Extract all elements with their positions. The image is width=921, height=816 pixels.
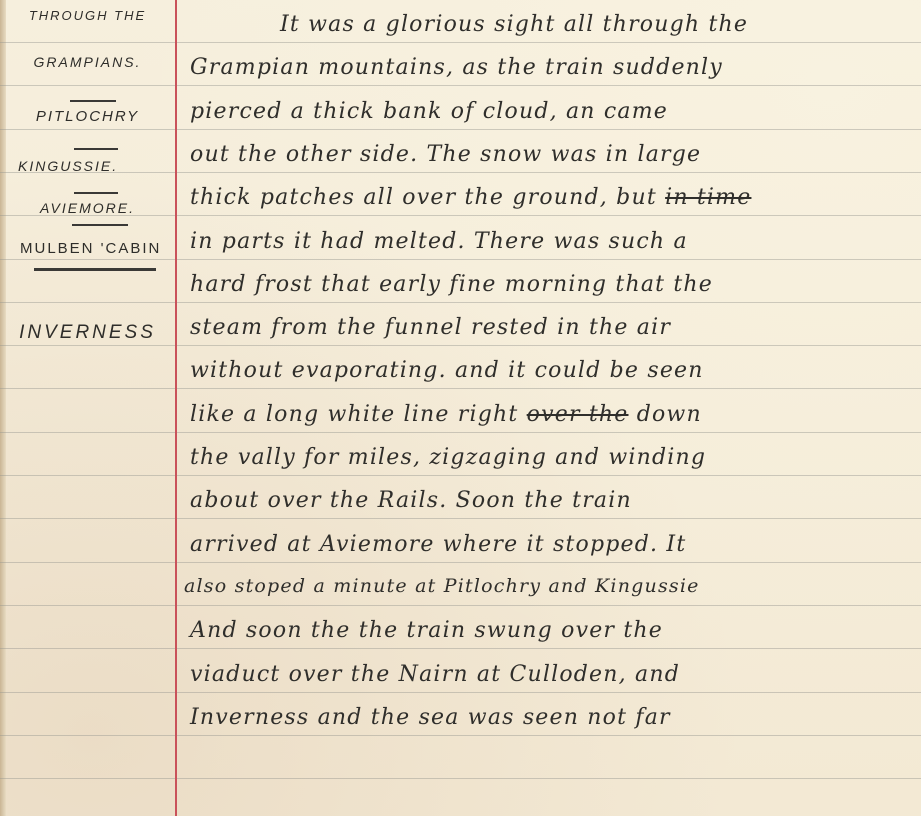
text-line: hard frost that early fine morning that …: [190, 272, 915, 297]
ruled-line: [0, 735, 921, 736]
margin-note-pitlochry: PITLOCHRY: [0, 108, 175, 125]
line-text: hard frost that early fine morning that …: [190, 272, 713, 297]
struck-out-text: in time: [665, 185, 751, 210]
text-line: the vally for miles, zigzaging and windi…: [190, 445, 915, 470]
ruled-line: [0, 778, 921, 779]
ruled-line: [0, 605, 921, 606]
ruled-line: [0, 432, 921, 433]
text-line: thick patches all over the ground, but i…: [190, 185, 915, 210]
ruled-line: [0, 302, 921, 303]
margin-divider: [70, 100, 116, 102]
ruled-line: [0, 562, 921, 563]
ruled-line: [0, 85, 921, 86]
margin-note-inverness: INVERNESS: [0, 322, 175, 344]
ruled-line: [0, 42, 921, 43]
line-text-continued: down: [637, 402, 702, 427]
text-line: out the other side. The snow was in larg…: [190, 142, 915, 167]
ruled-line: [0, 259, 921, 260]
ruled-line: [0, 129, 921, 130]
text-line: viaduct over the Nairn at Culloden, and: [190, 662, 915, 687]
ruled-line: [0, 518, 921, 519]
text-line: Grampian mountains, as the train suddenl…: [190, 55, 915, 80]
red-margin-rule: [175, 0, 177, 816]
line-text: like a long white line right: [190, 402, 518, 427]
text-line: And soon the the train swung over the: [190, 618, 915, 643]
ruled-line: [0, 345, 921, 346]
line-text: without evaporating. and it could be see…: [190, 358, 704, 383]
margin-note-aviemore: AVIEMORE.: [0, 200, 175, 216]
margin-divider: [72, 224, 128, 226]
text-line: arrived at Aviemore where it stopped. It: [190, 532, 915, 557]
line-text: viaduct over the Nairn at Culloden, and: [190, 662, 680, 687]
line-text: about over the Rails. Soon the train: [190, 488, 632, 513]
line-text: in parts it had melted. There was such a: [190, 229, 688, 254]
line-text: It was a glorious sight all through the: [280, 12, 748, 37]
text-line: like a long white line right over the do…: [190, 402, 915, 427]
ruled-line: [0, 648, 921, 649]
line-text: also stoped a minute at Pitlochry and Ki…: [184, 575, 700, 597]
line-text: steam from the funnel rested in the air: [190, 315, 671, 340]
margin-underline: [34, 268, 156, 271]
text-line: It was a glorious sight all through the: [280, 12, 921, 37]
line-text: Grampian mountains, as the train suddenl…: [190, 55, 723, 80]
notebook-page: THROUGH THE GRAMPIANS. PITLOCHRY KINGUSS…: [0, 0, 921, 816]
text-line: Inverness and the sea was seen not far: [190, 705, 915, 730]
line-text: thick patches all over the ground, but: [190, 185, 657, 210]
line-text: arrived at Aviemore where it stopped. It: [190, 532, 686, 557]
text-line: also stoped a minute at Pitlochry and Ki…: [184, 575, 909, 597]
ruled-line: [0, 388, 921, 389]
margin-note-mulben-cabin: MULBEN 'CABIN: [0, 240, 195, 257]
line-text: the vally for miles, zigzaging and windi…: [190, 445, 706, 470]
ruled-line: [0, 475, 921, 476]
line-text: pierced a thick bank of cloud, an came: [190, 99, 668, 124]
struck-out-text: over the: [527, 402, 629, 427]
text-line: about over the Rails. Soon the train: [190, 488, 915, 513]
text-line: in parts it had melted. There was such a: [190, 229, 915, 254]
text-line: pierced a thick bank of cloud, an came: [190, 99, 915, 124]
margin-note-kingussie: KINGUSSIE.: [0, 158, 193, 174]
line-text: And soon the the train swung over the: [190, 618, 663, 643]
line-text: out the other side. The snow was in larg…: [190, 142, 701, 167]
margin-divider: [74, 192, 118, 194]
margin-divider: [74, 148, 118, 150]
margin-note-through-the: THROUGH THE: [0, 8, 175, 23]
ruled-line: [0, 692, 921, 693]
text-line: steam from the funnel rested in the air: [190, 315, 915, 340]
margin-note-grampians: GRAMPIANS.: [0, 54, 175, 70]
line-text: Inverness and the sea was seen not far: [190, 705, 671, 730]
text-line: without evaporating. and it could be see…: [190, 358, 915, 383]
